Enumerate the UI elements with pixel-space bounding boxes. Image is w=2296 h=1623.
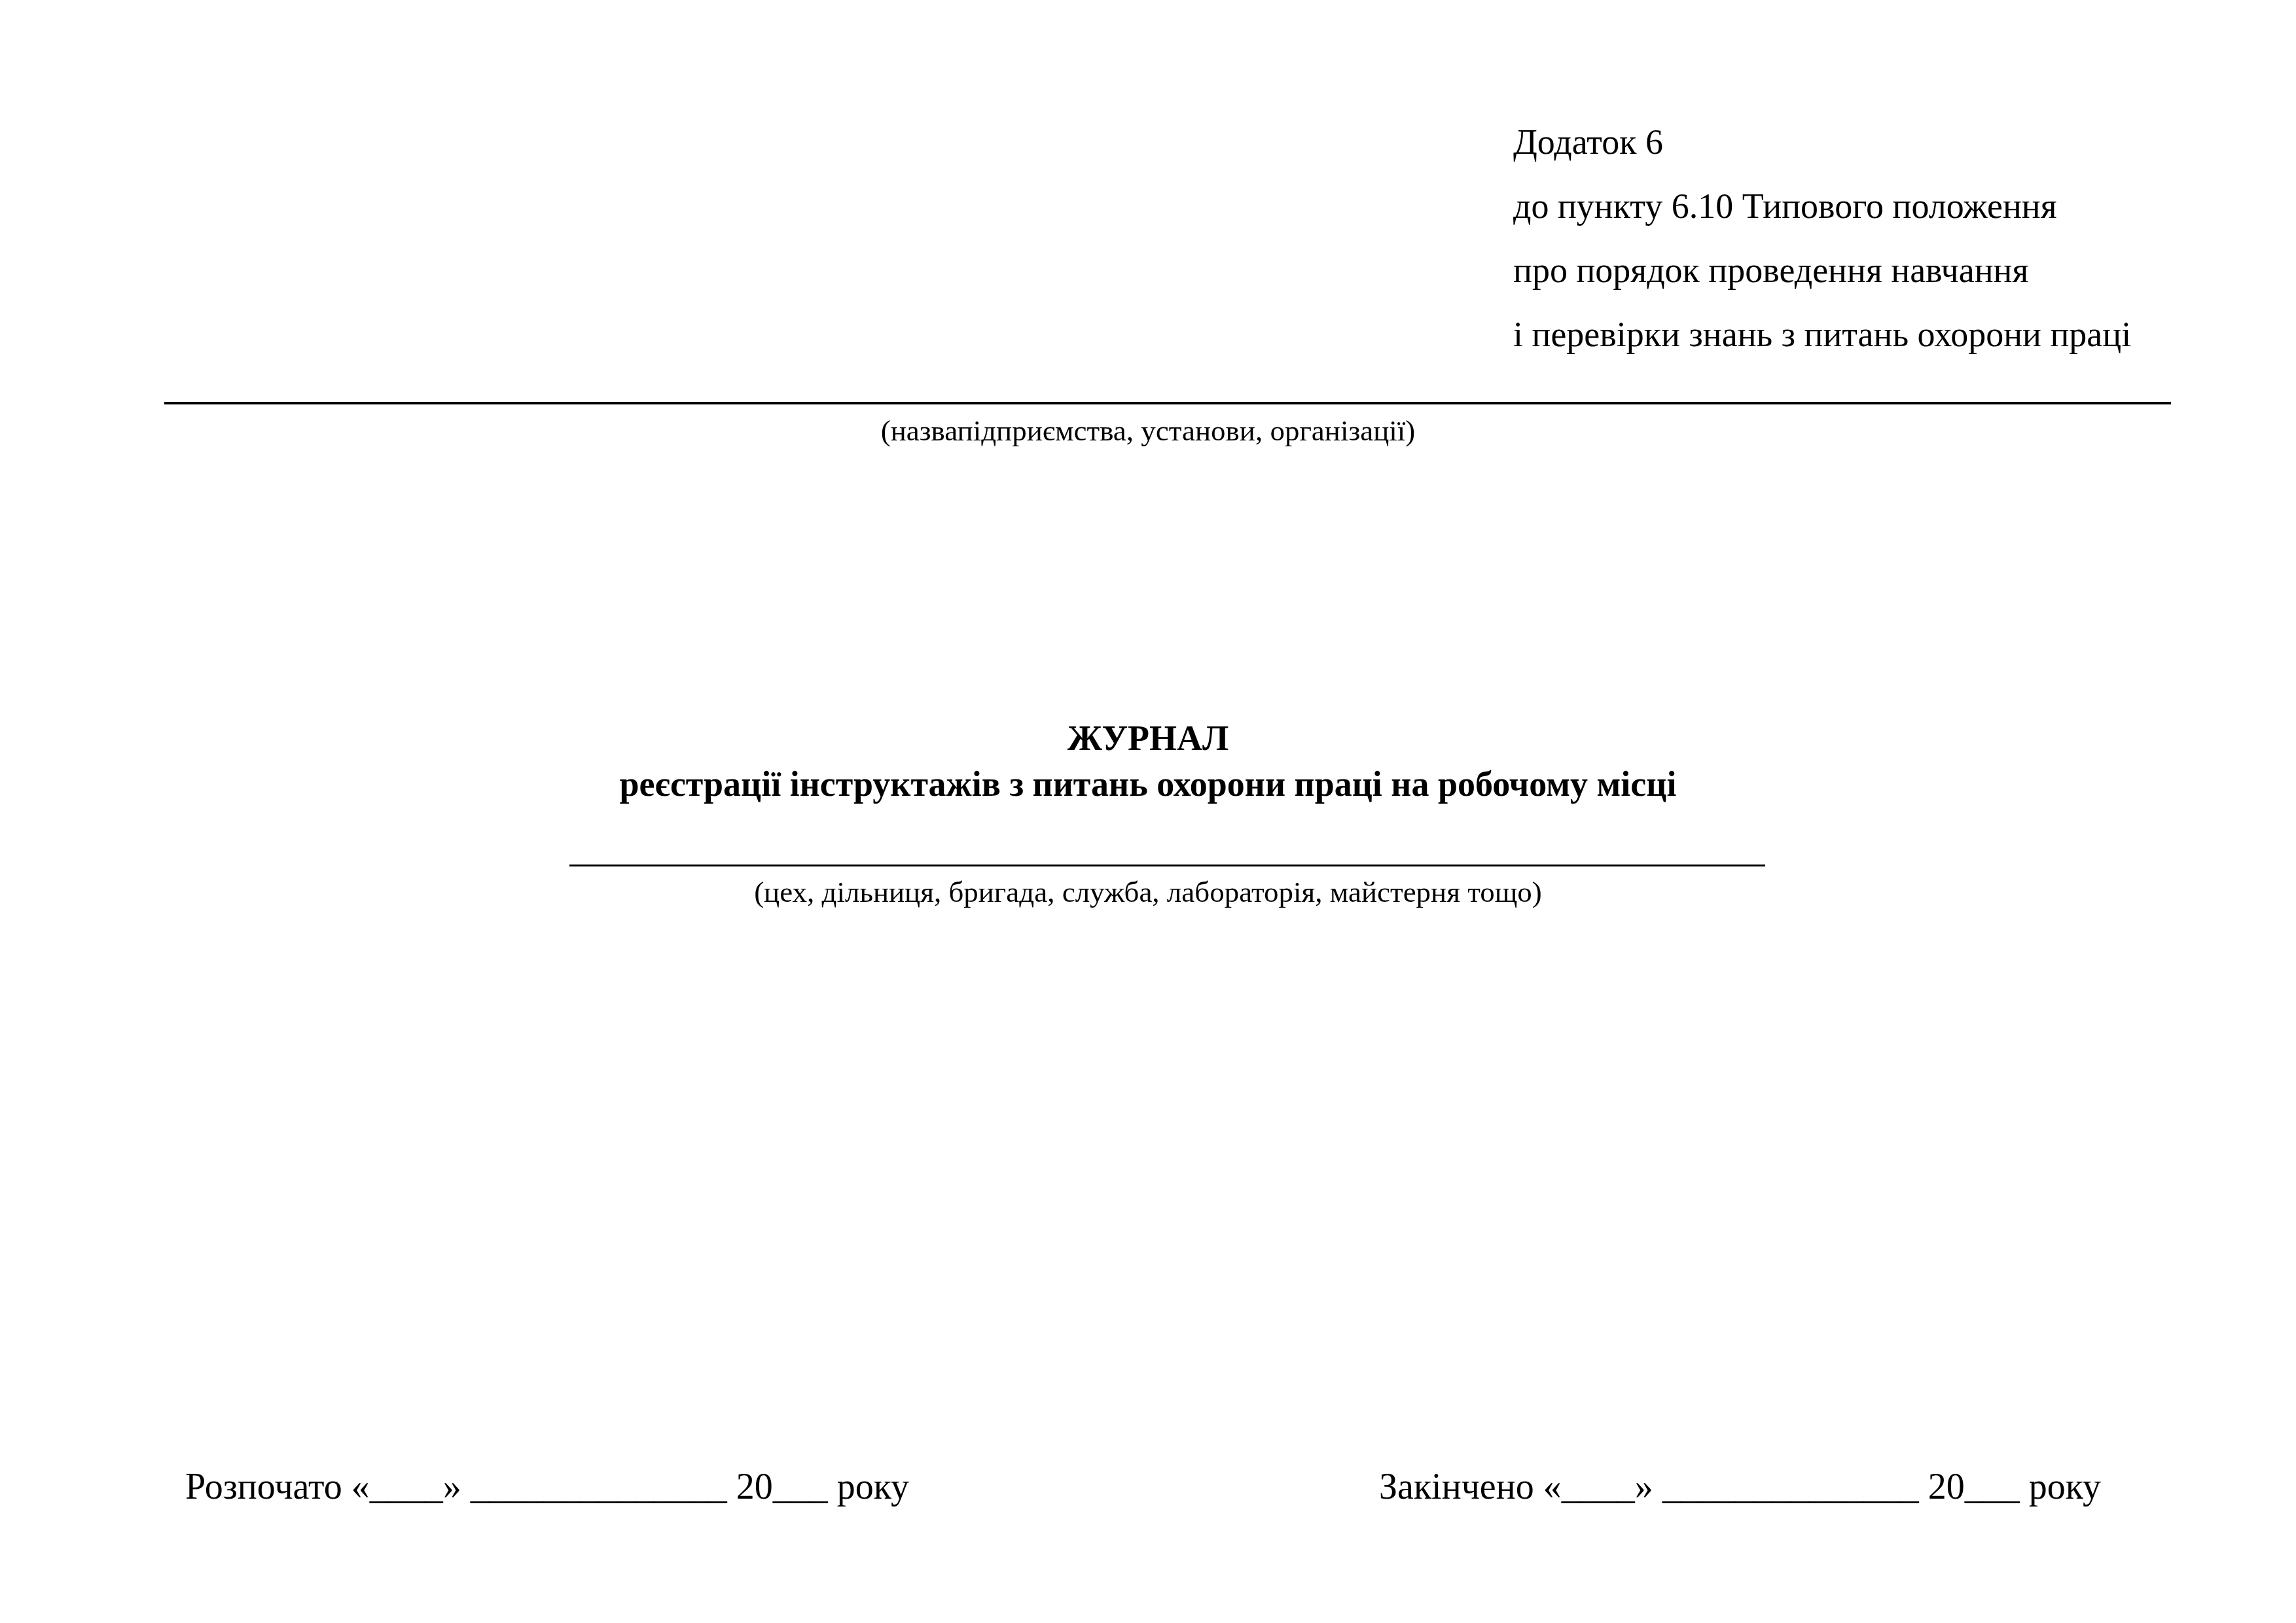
appendix-line: про порядок проведення навчання: [1513, 238, 2131, 302]
appendix-line: до пункту 6.10 Типового положення: [1513, 174, 2131, 238]
journal-title: ЖУРНАЛ реєстрації інструктажів з питань …: [0, 715, 2296, 807]
title-subtitle: реєстрації інструктажів з питань охорони…: [0, 761, 2296, 807]
title-heading: ЖУРНАЛ: [0, 715, 2296, 761]
appendix-line: Додаток 6: [1513, 110, 2131, 174]
appendix-line: і перевірки знань з питань охорони праці: [1513, 302, 2131, 366]
organization-name-field[interactable]: [164, 402, 2171, 404]
unit-name-field[interactable]: [569, 865, 1765, 866]
appendix-note: Додаток 6 до пункту 6.10 Типового положе…: [1513, 110, 2131, 366]
started-date-field[interactable]: Розпочато «____» ______________ 20___ ро…: [185, 1461, 909, 1513]
unit-caption: (цех, дільниця, бригада, служба, лаборат…: [0, 872, 2296, 912]
organization-caption: (назвапідприємства, установи, організаці…: [0, 411, 2296, 450]
finished-date-field[interactable]: Закінчено «____» ______________ 20___ ро…: [1379, 1461, 2101, 1513]
